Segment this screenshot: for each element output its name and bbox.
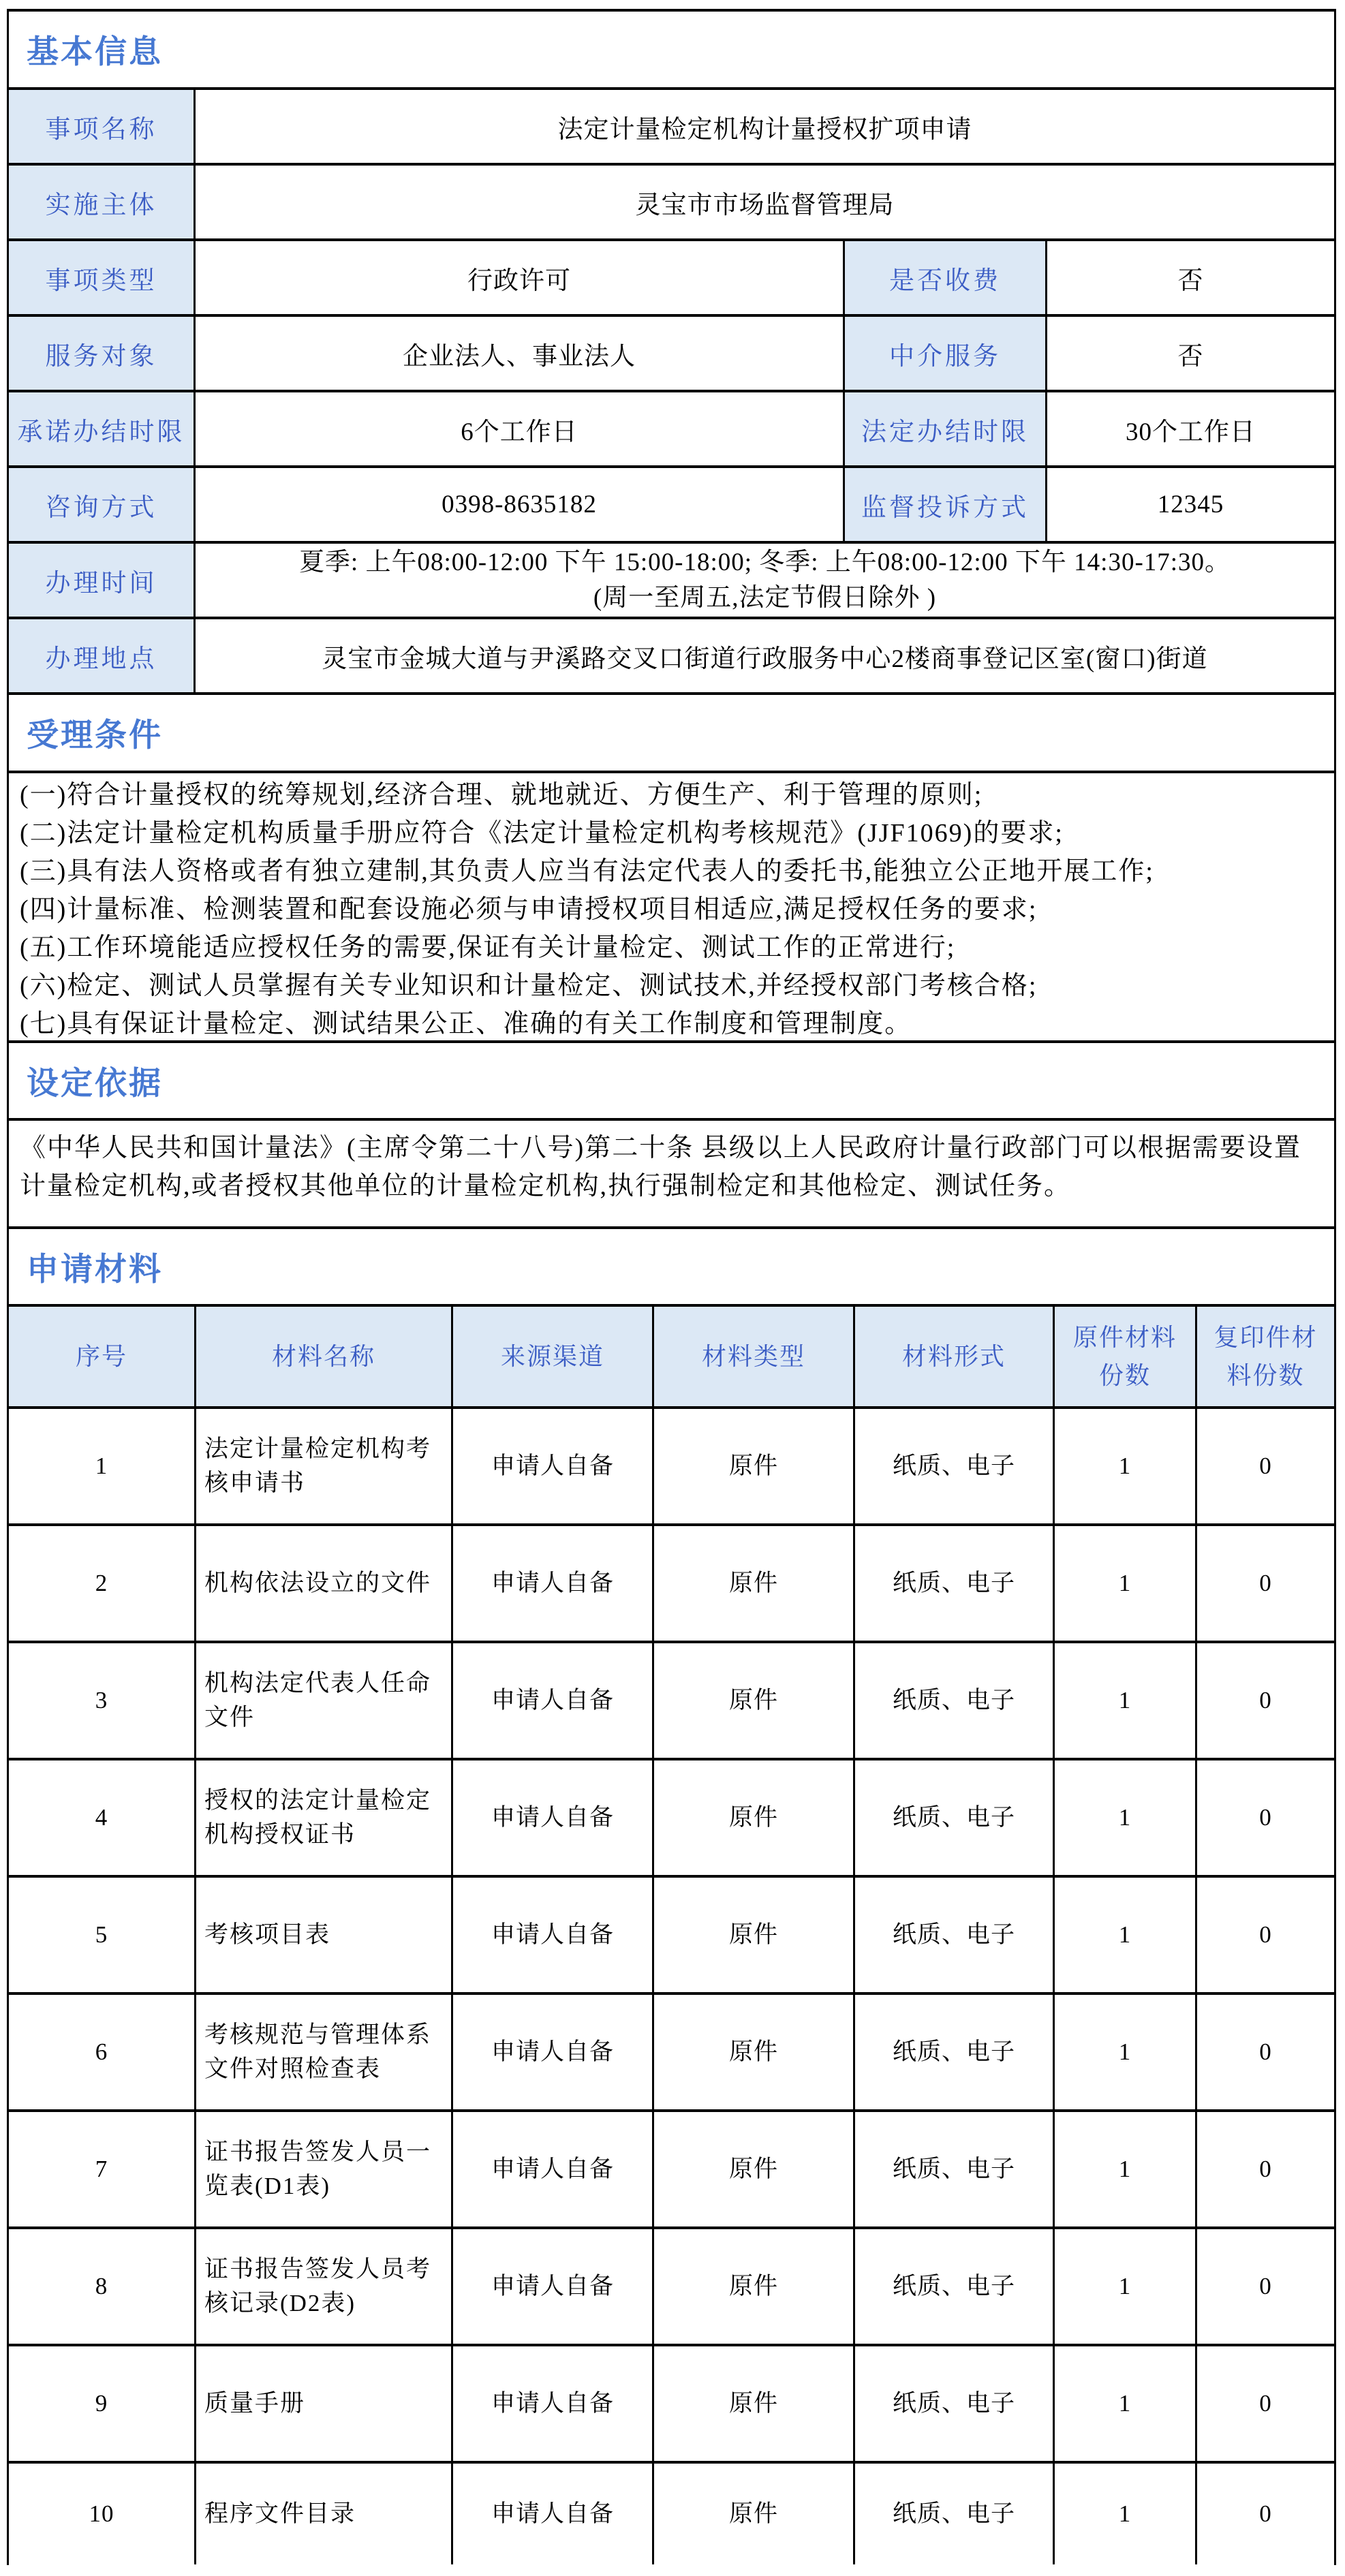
column-header: 材料类型: [654, 1307, 855, 1406]
material-source: 申请人自备: [453, 1643, 654, 1758]
material-source: 申请人自备: [453, 1526, 654, 1641]
table-row: 4 授权的法定计量检定机构授权证书 申请人自备 原件 纸质、电子 1 0: [9, 1760, 1334, 1878]
material-originals: 1: [1055, 1643, 1197, 1758]
material-name: 证书报告签发人员考核记录(D2表): [196, 2229, 453, 2344]
material-no: 10: [9, 2464, 196, 2564]
material-form: 纸质、电子: [855, 1526, 1055, 1641]
material-source: 申请人自备: [453, 1409, 654, 1523]
material-no: 2: [9, 1526, 196, 1641]
row-value: 30个工作日: [1047, 392, 1334, 465]
table-row: 2 机构依法设立的文件 申请人自备 原件 纸质、电子 1 0: [9, 1526, 1334, 1643]
table-row: 办理时间 夏季: 上午08:00-12:00 下午 15:00-18:00; 冬…: [9, 544, 1334, 619]
row-value: 夏季: 上午08:00-12:00 下午 15:00-18:00; 冬季: 上午…: [196, 544, 1334, 617]
material-name: 考核项目表: [196, 1878, 453, 1992]
material-no: 8: [9, 2229, 196, 2344]
table-row: 事项名称 法定计量检定机构计量授权扩项申请: [9, 90, 1334, 166]
material-type: 原件: [654, 2346, 855, 2461]
row-label: 服务对象: [9, 317, 196, 390]
table-row: 5 考核项目表 申请人自备 原件 纸质、电子 1 0: [9, 1878, 1334, 1995]
condition-item: (五)工作环境能适应授权任务的需要,保证有关计量检定、测试工作的正常进行;: [20, 929, 1323, 967]
column-header: 材料名称: [196, 1307, 453, 1406]
material-copies: 0: [1197, 1995, 1334, 2109]
row-value: 6个工作日: [196, 392, 845, 465]
material-name: 授权的法定计量检定机构授权证书: [196, 1760, 453, 1875]
material-type: 原件: [654, 1878, 855, 1992]
document-frame: 基本信息 事项名称 法定计量检定机构计量授权扩项申请 实施主体 灵宝市市场监督管…: [7, 9, 1336, 2565]
row-value: 否: [1047, 241, 1334, 314]
material-source: 申请人自备: [453, 2464, 654, 2564]
material-name: 证书报告签发人员一览表(D1表): [196, 2112, 453, 2226]
material-name: 考核规范与管理体系文件对照检查表: [196, 1995, 453, 2109]
table-row: 7 证书报告签发人员一览表(D1表) 申请人自备 原件 纸质、电子 1 0: [9, 2112, 1334, 2229]
row-label: 中介服务: [845, 317, 1047, 390]
table-row: 8 证书报告签发人员考核记录(D2表) 申请人自备 原件 纸质、电子 1 0: [9, 2229, 1334, 2346]
material-copies: 0: [1197, 2464, 1334, 2564]
material-form: 纸质、电子: [855, 1995, 1055, 2109]
material-no: 3: [9, 1643, 196, 1758]
material-type: 原件: [654, 2464, 855, 2564]
material-name: 质量手册: [196, 2346, 453, 2461]
material-no: 5: [9, 1878, 196, 1992]
table-row: 9 质量手册 申请人自备 原件 纸质、电子 1 0: [9, 2346, 1334, 2464]
material-form: 纸质、电子: [855, 2346, 1055, 2461]
material-originals: 1: [1055, 1526, 1197, 1641]
material-form: 纸质、电子: [855, 2229, 1055, 2344]
table-row: 事项类型 行政许可 是否收费 否: [9, 241, 1334, 317]
row-value: 灵宝市市场监督管理局: [196, 166, 1334, 238]
material-source: 申请人自备: [453, 2229, 654, 2344]
material-copies: 0: [1197, 2112, 1334, 2226]
material-originals: 1: [1055, 2464, 1197, 2564]
table-row: 服务对象 企业法人、事业法人 中介服务 否: [9, 317, 1334, 392]
section-title-acceptance: 受理条件: [9, 695, 1334, 773]
column-header: 来源渠道: [453, 1307, 654, 1406]
table-row: 实施主体 灵宝市市场监督管理局: [9, 166, 1334, 241]
material-name: 机构法定代表人任命文件: [196, 1643, 453, 1758]
material-source: 申请人自备: [453, 1995, 654, 2109]
row-label: 承诺办结时限: [9, 392, 196, 465]
material-copies: 0: [1197, 1526, 1334, 1641]
condition-item: (四)计量标准、检测装置和配套设施必须与申请授权项目相适应,满足授权任务的要求;: [20, 890, 1323, 929]
material-copies: 0: [1197, 1878, 1334, 1992]
hours-line-1: 夏季: 上午08:00-12:00 下午 15:00-18:00; 冬季: 上午…: [299, 545, 1231, 580]
table-row: 6 考核规范与管理体系文件对照检查表 申请人自备 原件 纸质、电子 1 0: [9, 1995, 1334, 2112]
row-label: 法定办结时限: [845, 392, 1047, 465]
material-copies: 0: [1197, 1409, 1334, 1523]
material-type: 原件: [654, 1526, 855, 1641]
materials-header-row: 序号 材料名称 来源渠道 材料类型 材料形式 原件材料份数 复印件材料份数: [9, 1307, 1334, 1409]
material-form: 纸质、电子: [855, 2464, 1055, 2564]
row-label: 事项类型: [9, 241, 196, 314]
column-header: 材料形式: [855, 1307, 1055, 1406]
table-row: 10 程序文件目录 申请人自备 原件 纸质、电子 1 0: [9, 2464, 1334, 2564]
material-source: 申请人自备: [453, 1760, 654, 1875]
basic-info-table: 事项名称 法定计量检定机构计量授权扩项申请 实施主体 灵宝市市场监督管理局 事项…: [9, 90, 1334, 695]
material-form: 纸质、电子: [855, 1760, 1055, 1875]
material-no: 6: [9, 1995, 196, 2109]
material-form: 纸质、电子: [855, 1643, 1055, 1758]
material-type: 原件: [654, 1409, 855, 1523]
material-originals: 1: [1055, 2112, 1197, 2226]
material-type: 原件: [654, 1643, 855, 1758]
row-value: 法定计量检定机构计量授权扩项申请: [196, 90, 1334, 163]
material-originals: 1: [1055, 1995, 1197, 2109]
row-value: 行政许可: [196, 241, 845, 314]
material-form: 纸质、电子: [855, 2112, 1055, 2226]
material-no: 1: [9, 1409, 196, 1523]
material-type: 原件: [654, 1760, 855, 1875]
material-copies: 0: [1197, 2346, 1334, 2461]
materials-table: 序号 材料名称 来源渠道 材料类型 材料形式 原件材料份数 复印件材料份数 1 …: [9, 1307, 1334, 2564]
material-name: 法定计量检定机构考核申请书: [196, 1409, 453, 1523]
row-label: 咨询方式: [9, 468, 196, 541]
row-label: 事项名称: [9, 90, 196, 163]
condition-item: (二)法定计量检定机构质量手册应符合《法定计量检定机构考核规范》(JJF1069…: [20, 814, 1323, 852]
condition-item: (一)符合计量授权的统筹规划,经济合理、就地就近、方便生产、利于管理的原则;: [20, 776, 1323, 814]
material-source: 申请人自备: [453, 2112, 654, 2226]
table-row: 承诺办结时限 6个工作日 法定办结时限 30个工作日: [9, 392, 1334, 468]
column-header: 原件材料份数: [1055, 1307, 1197, 1406]
material-copies: 0: [1197, 2229, 1334, 2344]
table-row: 办理地点 灵宝市金城大道与尹溪路交叉口街道行政服务中心2楼商事登记区室(窗口)街…: [9, 619, 1334, 695]
material-source: 申请人自备: [453, 2346, 654, 2461]
section-title-materials: 申请材料: [9, 1229, 1334, 1307]
material-originals: 1: [1055, 1878, 1197, 1992]
material-originals: 1: [1055, 1760, 1197, 1875]
row-value: 企业法人、事业法人: [196, 317, 845, 390]
material-no: 4: [9, 1760, 196, 1875]
condition-item: (六)检定、测试人员掌握有关专业知识和计量检定、测试技术,并经授权部门考核合格;: [20, 967, 1323, 1005]
material-no: 9: [9, 2346, 196, 2461]
row-label: 实施主体: [9, 166, 196, 238]
row-value: 12345: [1047, 468, 1334, 541]
material-originals: 1: [1055, 2229, 1197, 2344]
material-type: 原件: [654, 1995, 855, 2109]
table-row: 1 法定计量检定机构考核申请书 申请人自备 原件 纸质、电子 1 0: [9, 1409, 1334, 1526]
material-no: 7: [9, 2112, 196, 2226]
basis-text: 《中华人民共和国计量法》(主席令第二十八号)第二十条 县级以上人民政府计量行政部…: [9, 1121, 1334, 1229]
material-name: 机构依法设立的文件: [196, 1526, 453, 1641]
table-row: 3 机构法定代表人任命文件 申请人自备 原件 纸质、电子 1 0: [9, 1643, 1334, 1760]
material-type: 原件: [654, 2229, 855, 2344]
acceptance-conditions: (一)符合计量授权的统筹规划,经济合理、就地就近、方便生产、利于管理的原则; (…: [9, 773, 1334, 1043]
material-form: 纸质、电子: [855, 1878, 1055, 1992]
table-row: 咨询方式 0398-8635182 监督投诉方式 12345: [9, 468, 1334, 544]
material-name: 程序文件目录: [196, 2464, 453, 2564]
row-label: 监督投诉方式: [845, 468, 1047, 541]
row-value: 否: [1047, 317, 1334, 390]
row-value: 0398-8635182: [196, 468, 845, 541]
material-originals: 1: [1055, 1409, 1197, 1523]
material-type: 原件: [654, 2112, 855, 2226]
material-copies: 0: [1197, 1643, 1334, 1758]
column-header: 复印件材料份数: [1197, 1307, 1334, 1406]
condition-item: (三)具有法人资格或者有独立建制,其负责人应当有法定代表人的委托书,能独立公正地…: [20, 852, 1323, 890]
row-label: 办理地点: [9, 619, 196, 692]
row-label: 办理时间: [9, 544, 196, 617]
section-title-basic-info: 基本信息: [9, 12, 1334, 90]
material-copies: 0: [1197, 1760, 1334, 1875]
material-source: 申请人自备: [453, 1878, 654, 1992]
row-value: 灵宝市金城大道与尹溪路交叉口街道行政服务中心2楼商事登记区室(窗口)街道: [196, 619, 1334, 692]
condition-item: (七)具有保证计量检定、测试结果公正、准确的有关工作制度和管理制度。: [20, 1005, 1323, 1043]
hours-line-2: (周一至周五,法定节假日除外 ): [593, 580, 936, 616]
material-originals: 1: [1055, 2346, 1197, 2461]
section-title-basis: 设定依据: [9, 1043, 1334, 1121]
column-header: 序号: [9, 1307, 196, 1406]
material-form: 纸质、电子: [855, 1409, 1055, 1523]
row-label: 是否收费: [845, 241, 1047, 314]
